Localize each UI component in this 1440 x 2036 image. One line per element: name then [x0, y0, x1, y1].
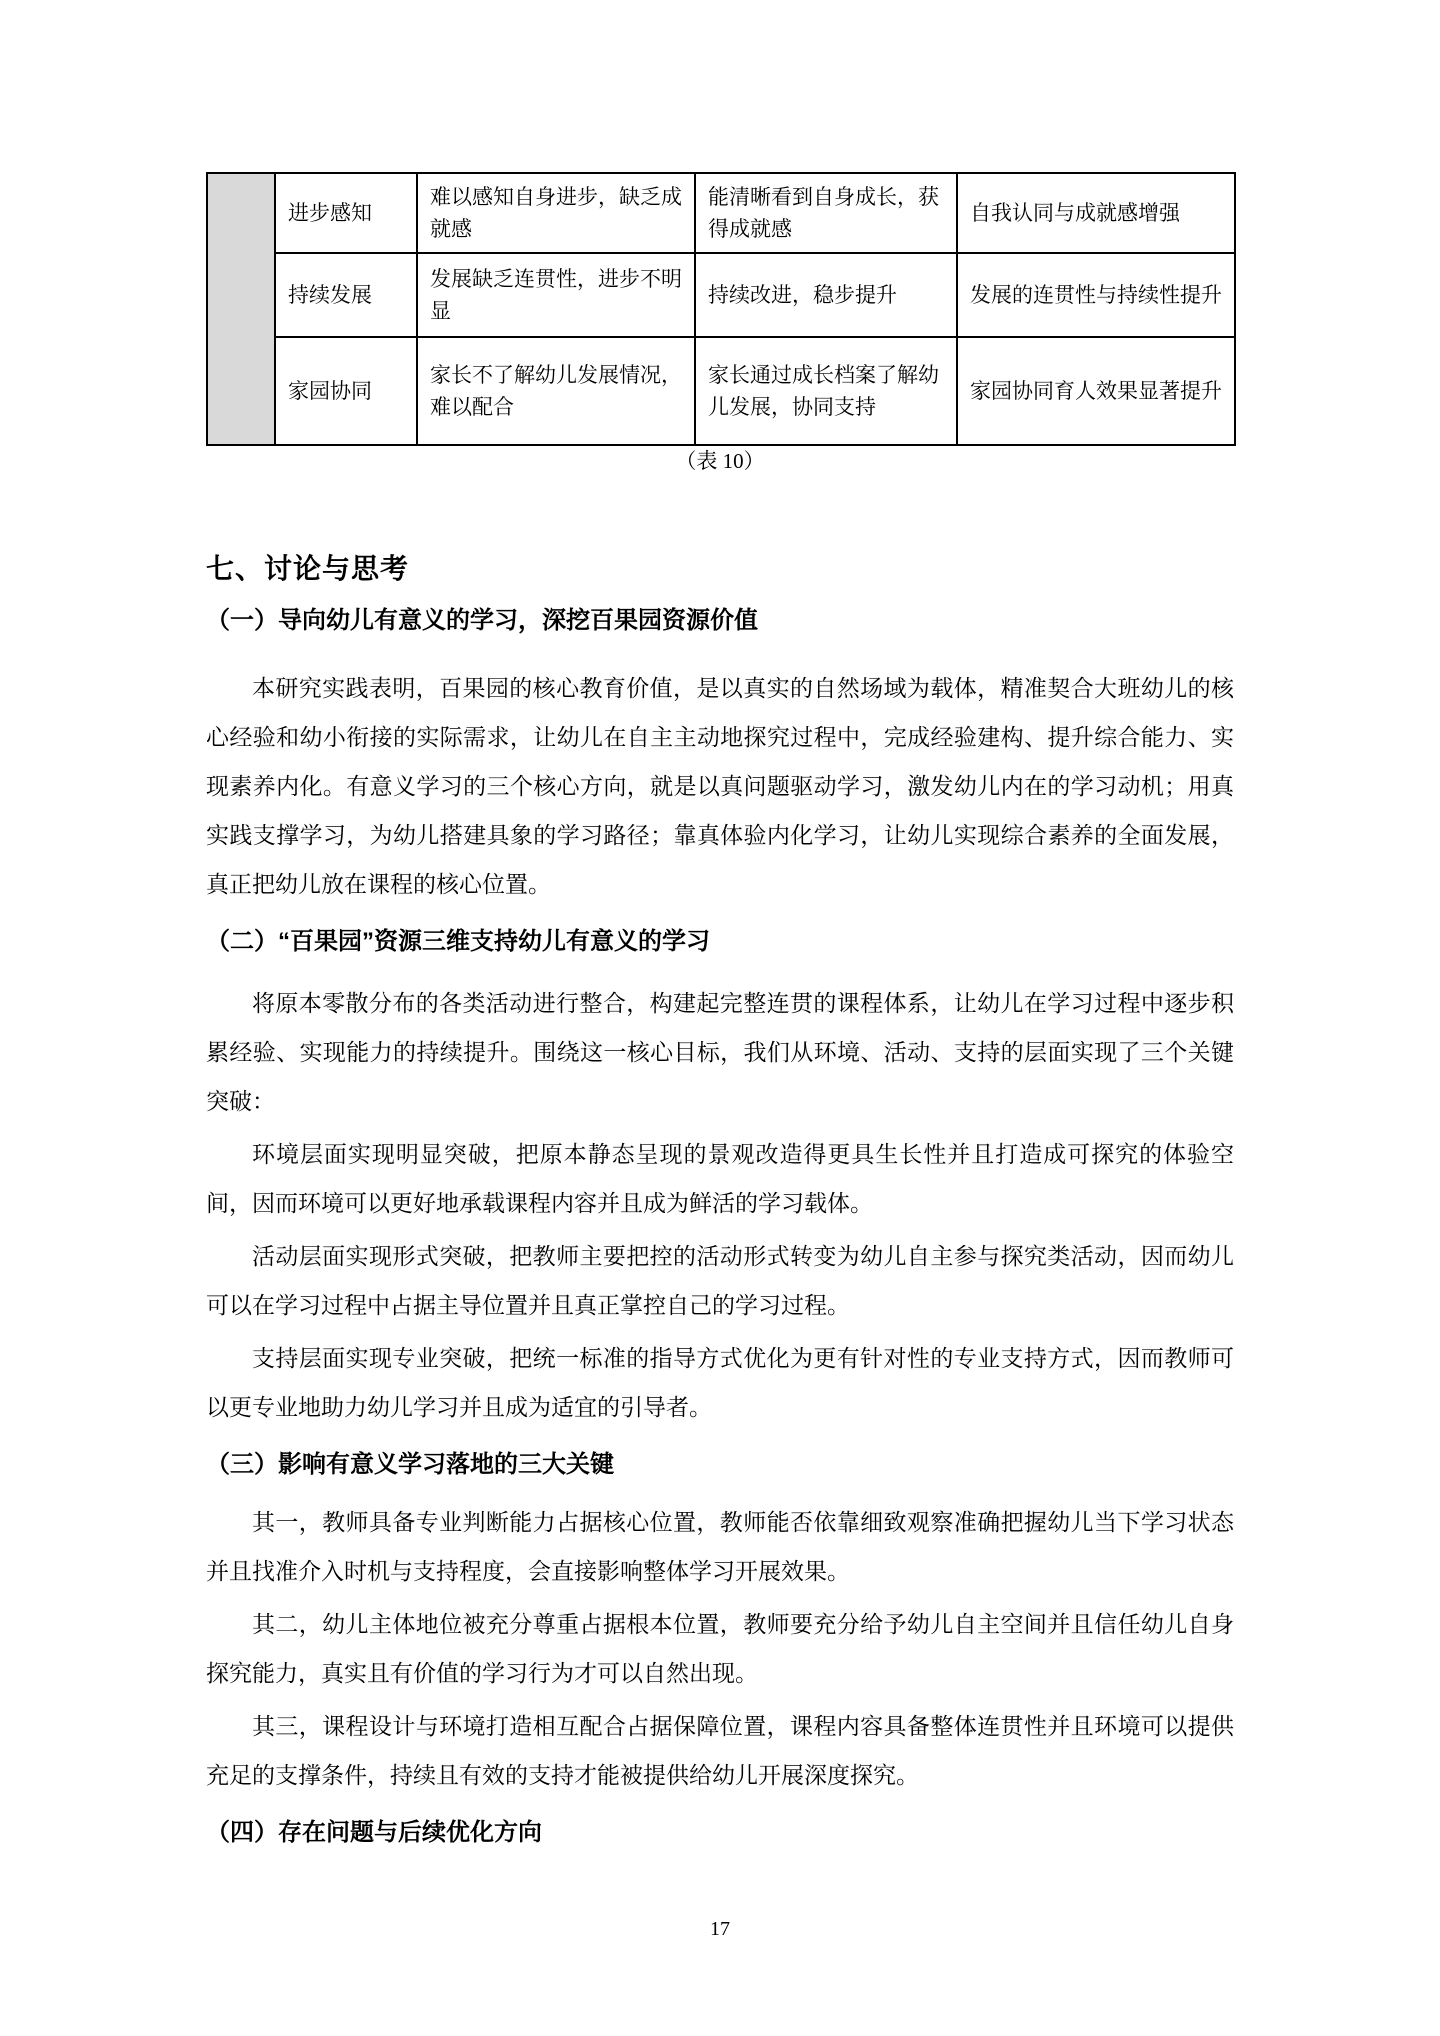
- dimension-cell: 持续发展: [275, 253, 417, 337]
- table-row: 持续发展 发展缺乏连贯性，进步不明显 持续改进，稳步提升 发展的连贯性与持续性提…: [207, 253, 1235, 337]
- subsection-heading-2: （二）“百果园”资源三维支持幼儿有意义的学习: [206, 915, 1234, 969]
- improve-cell: 家长通过成长档案了解幼儿发展，协同支持: [695, 337, 957, 445]
- table-row: 进步感知 难以感知自身进步，缺乏成就感 能清晰看到自身成长，获得成就感 自我认同…: [207, 173, 1235, 253]
- page-number: 17: [0, 1918, 1440, 1941]
- before-cell: 发展缺乏连贯性，进步不明显: [417, 253, 695, 337]
- outcome-cell: 发展的连贯性与持续性提升: [957, 253, 1235, 337]
- before-cell: 难以感知自身进步，缺乏成就感: [417, 173, 695, 253]
- paragraph-6: 其一，教师具备专业判断能力占据核心位置，教师能否依靠细致观察准确把握幼儿当下学习…: [206, 1498, 1234, 1596]
- table-caption: （表 10）: [206, 446, 1234, 476]
- outcome-cell: 自我认同与成就感增强: [957, 173, 1235, 253]
- before-cell: 家长不了解幼儿发展情况，难以配合: [417, 337, 695, 445]
- shaded-spanner-cell: [207, 173, 275, 445]
- paragraph-8: 其三，课程设计与环境打造相互配合占据保障位置，课程内容具备整体连贯性并且环境可以…: [206, 1702, 1234, 1800]
- document-page: 进步感知 难以感知自身进步，缺乏成就感 能清晰看到自身成长，获得成就感 自我认同…: [0, 0, 1440, 2036]
- subsection-heading-4: （四）存在问题与后续优化方向: [206, 1806, 1234, 1860]
- paragraph-7: 其二，幼儿主体地位被充分尊重占据根本位置，教师要充分给予幼儿自主空间并且信任幼儿…: [206, 1600, 1234, 1698]
- paragraph-2: 将原本零散分布的各类活动进行整合，构建起完整连贯的课程体系，让幼儿在学习过程中逐…: [206, 979, 1234, 1126]
- improve-cell: 持续改进，稳步提升: [695, 253, 957, 337]
- content-area: 进步感知 难以感知自身进步，缺乏成就感 能清晰看到自身成长，获得成就感 自我认同…: [0, 0, 1440, 1860]
- paragraph-3: 环境层面实现明显突破，把原本静态呈现的景观改造得更具生长性并且打造成可探究的体验…: [206, 1130, 1234, 1228]
- section-heading: 七、讨论与思考: [206, 550, 1234, 588]
- subsection-heading-1: （一）导向幼儿有意义的学习，深挖百果园资源价值: [206, 594, 1234, 648]
- dimension-cell: 进步感知: [275, 173, 417, 253]
- outcome-cell: 家园协同育人效果显著提升: [957, 337, 1235, 445]
- table-row: 家园协同 家长不了解幼儿发展情况，难以配合 家长通过成长档案了解幼儿发展，协同支…: [207, 337, 1235, 445]
- paragraph-5: 支持层面实现专业突破，把统一标准的指导方式优化为更有针对性的专业支持方式，因而教…: [206, 1334, 1234, 1432]
- paragraph-1: 本研究实践表明，百果园的核心教育价值，是以真实的自然场域为载体，精准契合大班幼儿…: [206, 664, 1234, 909]
- improve-cell: 能清晰看到自身成长，获得成就感: [695, 173, 957, 253]
- results-table: 进步感知 难以感知自身进步，缺乏成就感 能清晰看到自身成长，获得成就感 自我认同…: [206, 172, 1236, 446]
- dimension-cell: 家园协同: [275, 337, 417, 445]
- paragraph-4: 活动层面实现形式突破，把教师主要把控的活动形式转变为幼儿自主参与探究类活动，因而…: [206, 1232, 1234, 1330]
- subsection-heading-3: （三）影响有意义学习落地的三大关键: [206, 1438, 1234, 1492]
